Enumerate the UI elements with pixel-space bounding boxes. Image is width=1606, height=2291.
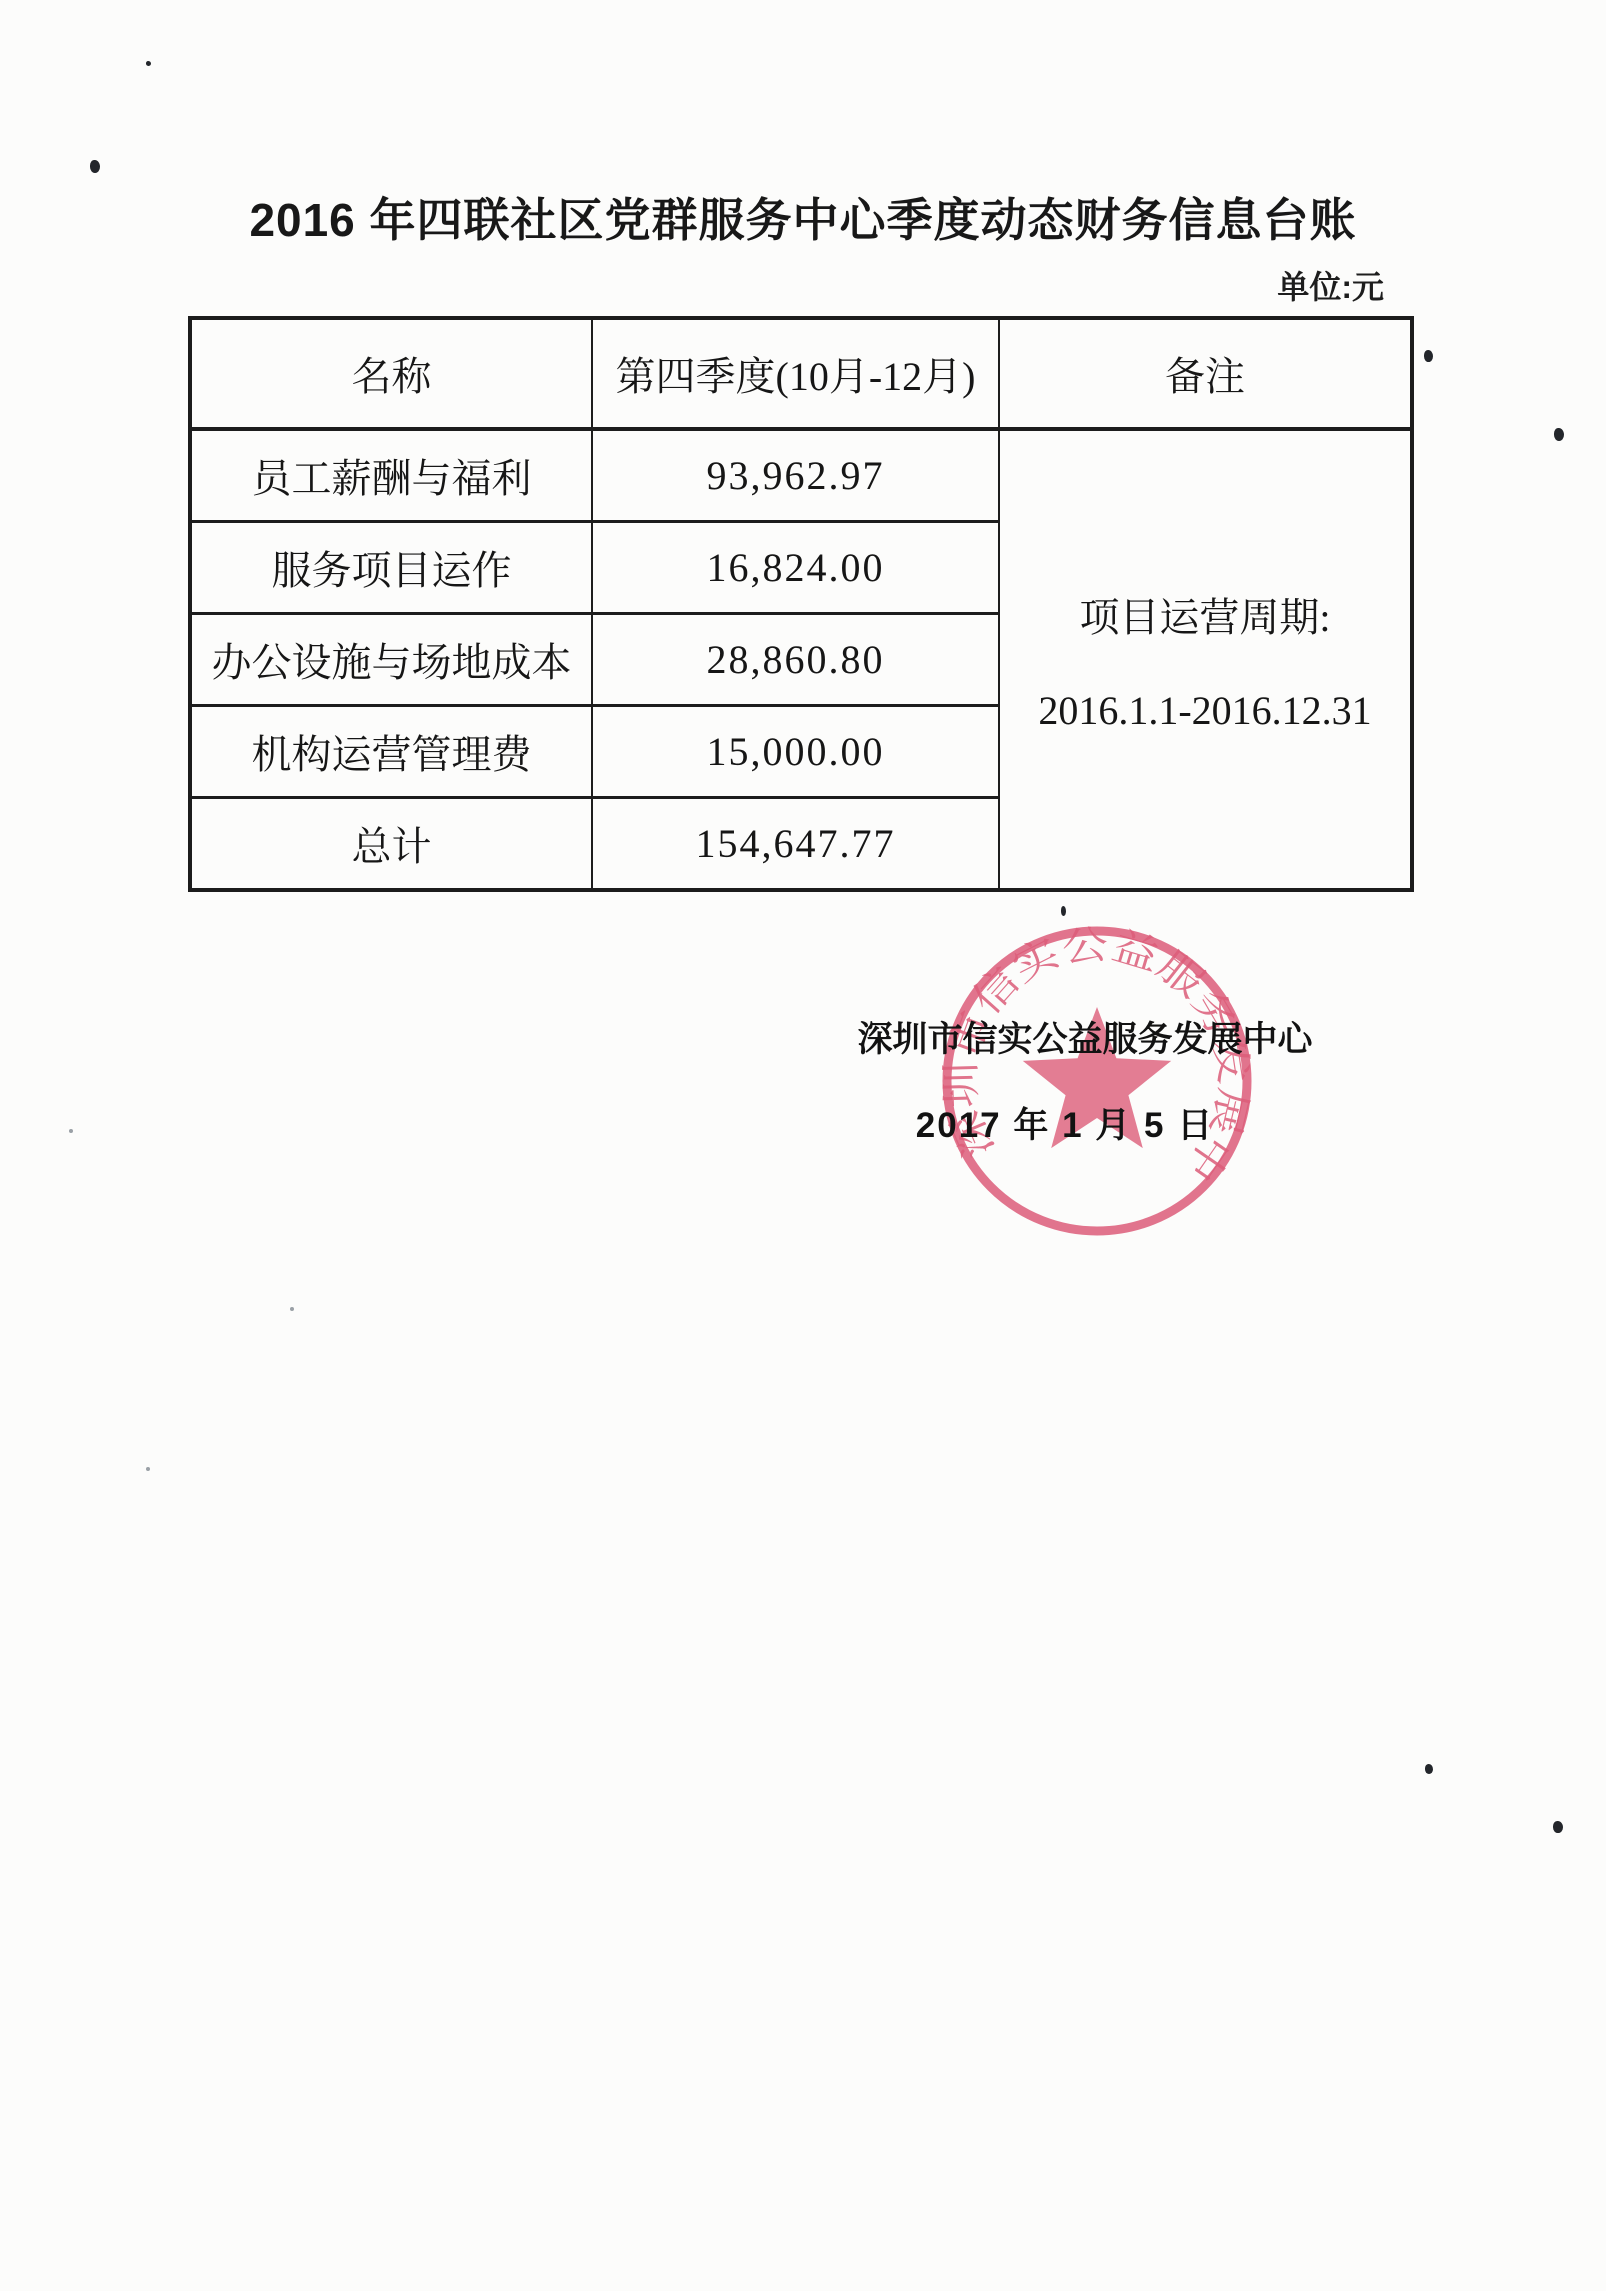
row-name: 服务项目运作 bbox=[190, 522, 592, 614]
row-name: 总计 bbox=[190, 798, 592, 891]
scan-speck bbox=[90, 160, 100, 173]
row-value: 154,647.77 bbox=[592, 798, 999, 891]
row-name: 员工薪酬与福利 bbox=[190, 429, 592, 522]
scan-speck bbox=[1554, 428, 1564, 441]
scan-speck bbox=[290, 1307, 294, 1311]
row-value: 93,962.97 bbox=[592, 429, 999, 522]
scanned-document-page: { "page": { "title": "2016 年四联社区党群服务中心季度… bbox=[0, 0, 1606, 2291]
finance-table: 名称 第四季度(10月-12月) 备注 员工薪酬与福利 93,962.97 项目… bbox=[188, 316, 1414, 892]
document-title: 2016 年四联社区党群服务中心季度动态财务信息台账 bbox=[0, 184, 1606, 250]
signature-date: 2017 年 1 月 5 日 bbox=[800, 1098, 1330, 1148]
scan-speck bbox=[1553, 1821, 1563, 1833]
scan-speck bbox=[1425, 1764, 1433, 1774]
scan-speck bbox=[1061, 906, 1066, 916]
signature-org-name: 深圳市信实公益服务发展中心 bbox=[785, 1012, 1385, 1062]
red-seal-stamp-icon: 深圳市信实公益服务发展中心 bbox=[935, 919, 1259, 1243]
row-name: 办公设施与场地成本 bbox=[190, 614, 592, 706]
table-row: 员工薪酬与福利 93,962.97 项目运营周期: 2016.1.1-2016.… bbox=[190, 429, 1412, 522]
remark-cell: 项目运营周期: 2016.1.1-2016.12.31 bbox=[999, 429, 1412, 890]
row-value: 28,860.80 bbox=[592, 614, 999, 706]
remark-line2: 2016.1.1-2016.12.31 bbox=[1038, 687, 1371, 734]
unit-label: 单位:元 bbox=[1277, 262, 1384, 308]
row-value: 16,824.00 bbox=[592, 522, 999, 614]
scan-speck bbox=[1424, 350, 1433, 362]
row-value: 15,000.00 bbox=[592, 706, 999, 798]
scan-speck bbox=[69, 1129, 73, 1133]
row-name: 机构运营管理费 bbox=[190, 706, 592, 798]
remark-line1: 项目运营周期: bbox=[1079, 586, 1330, 643]
scan-speck bbox=[146, 1467, 150, 1471]
table-header-row: 名称 第四季度(10月-12月) 备注 bbox=[190, 318, 1412, 429]
header-remark: 备注 bbox=[999, 318, 1412, 429]
header-quarter: 第四季度(10月-12月) bbox=[592, 318, 999, 429]
header-name: 名称 bbox=[190, 318, 592, 429]
scan-speck bbox=[146, 61, 151, 66]
